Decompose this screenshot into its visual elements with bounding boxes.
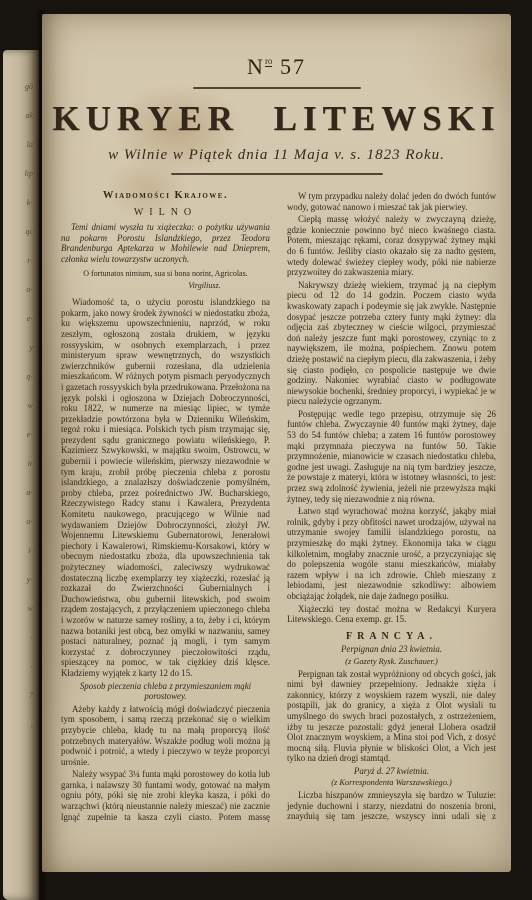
masthead: Nro 57 KURYER LITEWSKI w Wilnie w Piątek… <box>42 14 511 175</box>
paragraph-latwo-stad: Łatwo stąd wyrachować można korzyść, jak… <box>287 506 496 601</box>
edge-text-fragment: y- <box>3 565 33 594</box>
masthead-rule-bottom <box>171 173 383 175</box>
edge-text-fragment: - <box>3 623 33 652</box>
edge-text-fragment: - <box>3 652 33 681</box>
scanned-newspaper-page: gōaklalipk-ącr-o-e-yą-we-ira-o-i-y-w--7,… <box>0 0 532 900</box>
quote-attribution: Virgiliusz. <box>61 281 270 292</box>
edge-text-fragment: e- <box>3 420 33 449</box>
country-heading-francya: FRANCYA. <box>287 632 496 643</box>
edge-text-fragment: y <box>3 333 33 362</box>
edge-text-fragment: ą- <box>3 362 33 391</box>
masthead-dateline: w Wilnie w Piątek dnia 11 Maja v. s. 182… <box>42 147 511 164</box>
issue-digits: 57 <box>280 54 306 79</box>
edge-text-fragment: o- <box>3 275 33 304</box>
edge-text-fragment: w <box>3 594 33 623</box>
paragraph-liczba-hiszpanow: Liczba hiszpanów zmnieyszyła się bardzo … <box>287 790 496 823</box>
edge-text-fragment: o- <box>3 507 33 536</box>
issue-superscript: ro <box>265 56 273 67</box>
right-column: W tym przypadku należy dolać jeden do dw… <box>287 191 496 823</box>
article-columns: Wiadomości Krajowe.WILNOTemi dniami wysz… <box>42 175 511 823</box>
edge-text-fragment: r- <box>3 246 33 275</box>
issue-prefix: N <box>247 54 265 79</box>
previous-page-edge-text: gōaklalipk-ącr-o-e-yą-we-ira-o-i-y-w--7, <box>3 72 39 872</box>
edge-text-fragment: ir <box>3 449 33 478</box>
edge-text-fragment: ąc <box>3 217 33 246</box>
latin-quote: O fortunatos nimium, sua si bona norint,… <box>61 269 270 279</box>
previous-page-edge: gōaklalipk-ącr-o-e-yą-we-ira-o-i-y-w--7, <box>3 50 39 900</box>
source-korrespondent: (z Korrespondenta Warszawskiego.) <box>287 778 496 789</box>
issue-number: Nro 57 <box>42 54 511 80</box>
paragraph-azeby: Ażeby każdy z łatwością mógł doświadczyć… <box>61 704 270 768</box>
newspaper-title: KURYER LITEWSKI <box>42 99 511 139</box>
left-column: Wiadomości Krajowe.WILNOTemi dniami wysz… <box>61 191 270 823</box>
source-gazeta-ryska: (z Gazety Rysk. Zuschauer.) <box>287 657 496 668</box>
edge-text-fragment: k- <box>3 188 33 217</box>
paragraph-w-tym-przypadku: W tym przypadku należy dolać jeden do dw… <box>287 191 496 212</box>
place-heading-wilno: WILNO <box>61 208 270 219</box>
paragraph-nakrywszy: Nakrywszy dzieżę wiekiem, trzymać ją na … <box>287 280 496 407</box>
paragraph-ciepla-masse: Ciepłą massę włożyć należy w zwyczayną d… <box>287 214 496 278</box>
edge-text-fragment: la <box>3 130 33 159</box>
section-heading-wiadomosci-krajowe: Wiadomości Krajowe. <box>61 191 270 202</box>
paragraph-xiazeczki: Xiążeczki tey dostać można w Redakcyi Ku… <box>287 604 496 625</box>
recipe-heading: Sposob pieczenia chleba z przymieszaniem… <box>65 681 266 702</box>
newspaper-page: Nro 57 KURYER LITEWSKI w Wilnie w Piątek… <box>42 14 511 872</box>
paragraph-nalezy: Należy wsypać 3¼ funta mąki porostowey d… <box>61 769 270 823</box>
edge-text-fragment: i- <box>3 536 33 565</box>
masthead-rule-top <box>193 87 361 89</box>
edge-text-fragment: gō <box>3 72 33 101</box>
edge-text-fragment: lip <box>3 159 33 188</box>
edge-text-fragment: a- <box>3 478 33 507</box>
intro-paragraph: Temi dniami wyszła tu xiążeczka: o pożyt… <box>61 222 270 264</box>
paragraph-perpignan: Perpignan tak został wypróżniony od obcy… <box>287 669 496 764</box>
edge-text-fragment: w <box>3 391 33 420</box>
dateline-perpignan: Perpignan dnia 23 kwietnia. <box>287 644 496 655</box>
paragraph-wiadomosc: Wiadomość ta, o użyciu porostu islandzki… <box>61 297 270 678</box>
edge-text-fragment: e- <box>3 304 33 333</box>
edge-text-fragment: ak <box>3 101 33 130</box>
edge-text-fragment: , <box>3 710 33 739</box>
paragraph-postepujac: Postępując wedle tego przepisu, otrzymuj… <box>287 409 496 504</box>
dateline-paryz: Paryż d. 27 kwietnia. <box>287 766 496 777</box>
edge-text-fragment: 7 <box>3 681 33 710</box>
